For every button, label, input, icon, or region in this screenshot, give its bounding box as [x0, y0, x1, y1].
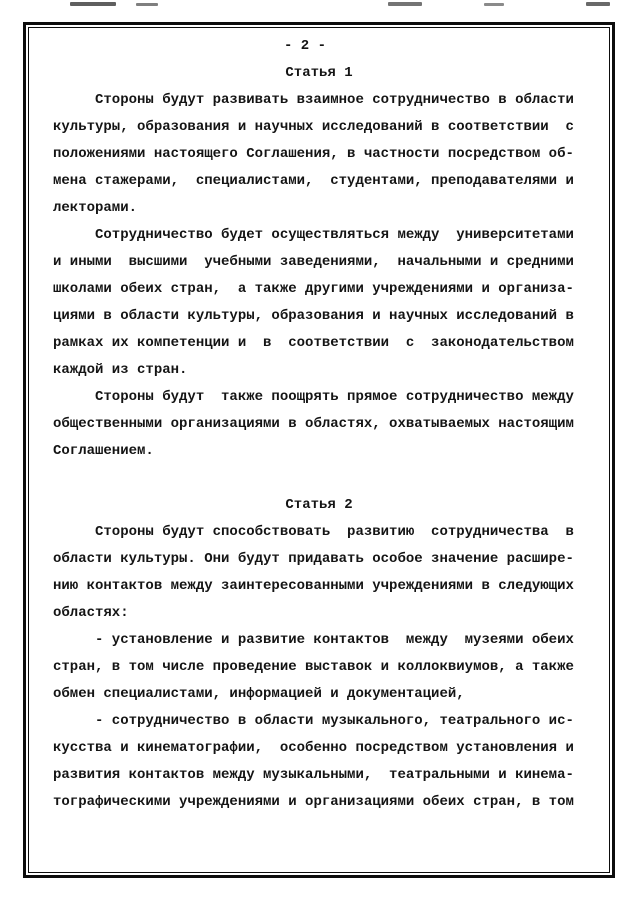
article-2: Статья 2 Стороны будут способствовать ра… — [53, 492, 585, 816]
article-1-paragraph-2: Сотрудничество будет осуществляться межд… — [53, 222, 585, 384]
page-border-inner: - 2 - Статья 1 Стороны будут развивать в… — [28, 27, 610, 873]
article-1: Статья 1 Стороны будут развивать взаимно… — [53, 60, 585, 465]
article-2-paragraph-1: Стороны будут способствовать развитию со… — [53, 519, 585, 627]
article-1-paragraph-3: Стороны будут также поощрять прямое сотр… — [53, 384, 585, 465]
page-content: - 2 - Статья 1 Стороны будут развивать в… — [29, 28, 609, 872]
scan-noise-dash — [136, 3, 158, 6]
article-2-heading: Статья 2 — [53, 492, 585, 519]
scan-noise-dash — [484, 3, 504, 6]
article-1-paragraph-1: Стороны будут развивать взаимное сотрудн… — [53, 87, 585, 222]
page-number: - 2 - — [39, 33, 571, 60]
scan-noise-dash — [70, 2, 116, 6]
article-2-list-item-1: - установление и развитие контактов межд… — [53, 627, 585, 708]
scan-noise-dash — [586, 2, 610, 6]
page-border-outer: - 2 - Статья 1 Стороны будут развивать в… — [23, 22, 615, 878]
article-2-list-item-2: - сотрудничество в области музыкального,… — [53, 708, 585, 816]
article-1-heading: Статья 1 — [53, 60, 585, 87]
scan-noise-dash — [388, 2, 422, 6]
